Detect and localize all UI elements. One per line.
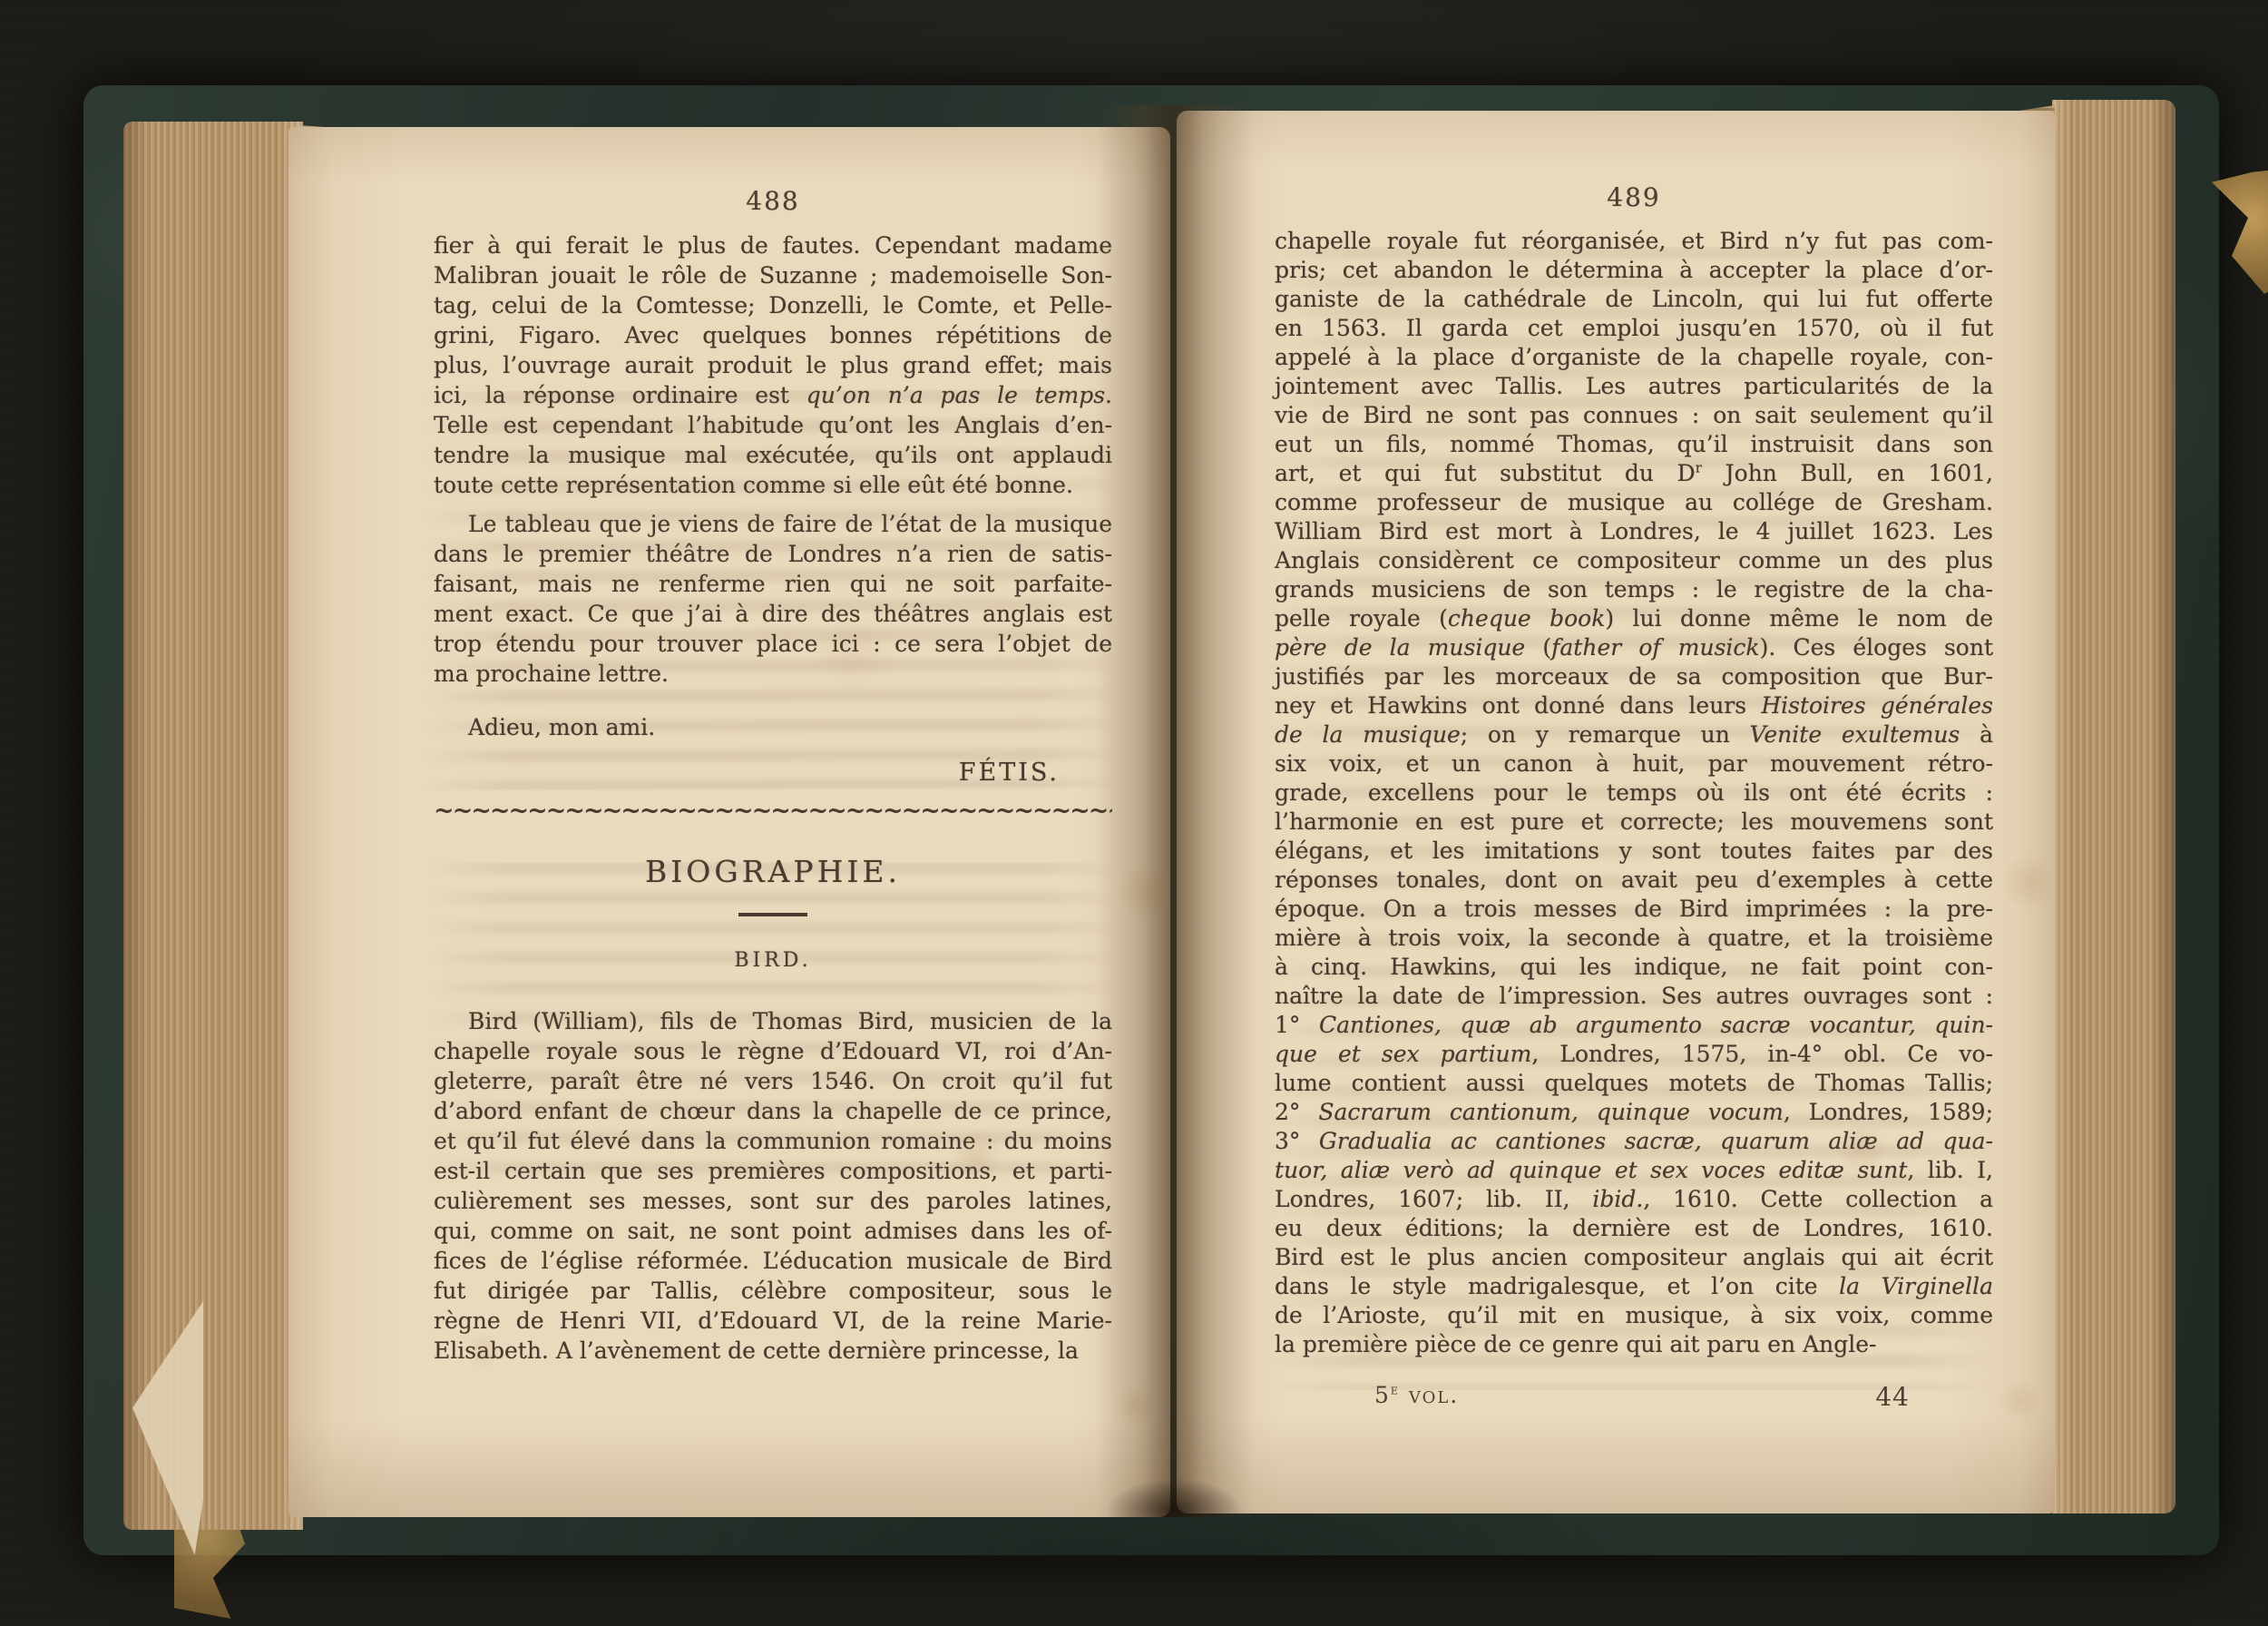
footer-volume: 5e vol. — [1374, 1382, 1459, 1412]
text-line: comme professeur de musique au collége d… — [1275, 488, 1993, 517]
text-line: naître la date de l’impression. Ses autr… — [1275, 982, 1993, 1011]
right-text-column: 489 chapelle royale fut réorganisée, et … — [1275, 183, 1993, 1359]
page-edges-right — [2052, 100, 2175, 1513]
text-line: règne de Henri VII, d’Edouard VI, de la … — [434, 1306, 1112, 1336]
text-line: mière à trois voix, la seconde à quatre,… — [1275, 924, 1993, 953]
page-number-left: 488 — [434, 187, 1112, 216]
left-text-column: 488 fier à qui ferait le plus de fautes.… — [434, 187, 1112, 1366]
text-line: pris; cet abandon le détermina à accepte… — [1275, 256, 1993, 285]
text-line: grands musiciens de son temps : le regis… — [1275, 575, 1993, 604]
text-line: élégans, et les imitations y sont toutes… — [1275, 837, 1993, 866]
section-heading: BIOGRAPHIE. — [434, 854, 1112, 889]
text-line: Bird est le plus ancien compositeur angl… — [1275, 1243, 1993, 1272]
heading-rule — [738, 913, 807, 916]
text-line: l’harmonie en est pure et correcte; les … — [1275, 808, 1993, 837]
text-line: Telle est cependant l’habitude qu’ont le… — [434, 410, 1112, 440]
text-line: jointement avec Tallis. Les autres parti… — [1275, 372, 1993, 401]
text-line: réponses tonales, dont on avait peu d’ex… — [1275, 866, 1993, 895]
text-line: dans le premier théâtre de Londres n’a r… — [434, 539, 1112, 569]
letter-signature: FÉTIS. — [434, 759, 1112, 787]
text-line: tag, celui de la Comtesse; Donzelli, le … — [434, 290, 1112, 320]
text-line: Le tableau que je viens de faire de l’ét… — [434, 509, 1112, 539]
text-line: trop étendu pour trouver place ici : ce … — [434, 629, 1112, 659]
text-line: époque. On a trois messes de Bird imprim… — [1275, 895, 1993, 924]
text-line: plus, l’ouvrage aurait produit le plus g… — [434, 350, 1112, 380]
paragraph: fier à qui ferait le plus de fautes. Cep… — [434, 230, 1112, 500]
footer-signature-number: 44 — [1875, 1382, 1910, 1412]
text-line: fut dirigée par Tallis, célèbre composit… — [434, 1276, 1112, 1306]
text-line: de l’Arioste, qu’il mit en musique, à si… — [1275, 1301, 1993, 1330]
text-line: à cinq. Hawkins, qui les indique, ne fai… — [1275, 953, 1993, 982]
text-line: chapelle royale fut réorganisée, et Bird… — [1275, 227, 1993, 256]
text-line: tendre la musique mal exécutée, qu’ils o… — [434, 440, 1112, 470]
text-line: appelé à la place d’organiste de la chap… — [1275, 343, 1993, 372]
text-line: 3° Gradualia ac cantiones sacræ, quarum … — [1275, 1127, 1993, 1156]
text-line: six voix, et un canon à huit, par mouvem… — [1275, 749, 1993, 779]
text-line: eu deux éditions; la dernière est de Lon… — [1275, 1214, 1993, 1243]
wavy-section-divider: ~~~~~~~~~~~~~~~~~~~~~~~~~~~~~~~~~~~~~~~~… — [434, 799, 1112, 827]
text-line: vie de Bird ne sont pas connues : on sai… — [1275, 401, 1993, 430]
text-line: Londres, 1607; lib. II, ibid., 1610. Cet… — [1275, 1185, 1993, 1214]
text-line: grini, Figaro. Avec quelques bonnes répé… — [434, 320, 1112, 350]
text-line: Bird (William), fils de Thomas Bird, mus… — [434, 1006, 1112, 1036]
text-line: et qu’il fut élevé dans la communion rom… — [434, 1126, 1112, 1156]
text-line: dans le style madrigalesque, et l’on cit… — [1275, 1272, 1993, 1301]
text-line: lume contient aussi quelques motets de T… — [1275, 1069, 1993, 1098]
text-line: Adieu, mon ami. — [434, 712, 1112, 742]
text-line: d’abord enfant de chœur dans la chapelle… — [434, 1096, 1112, 1126]
text-line: que et sex partium, Londres, 1575, in-4°… — [1275, 1040, 1993, 1069]
text-line: père de la musique (father of musick). C… — [1275, 633, 1993, 662]
text-line: fier à qui ferait le plus de fautes. Cep… — [434, 230, 1112, 260]
text-line: de la musique; on y remarque un Venite e… — [1275, 720, 1993, 749]
worn-corner-top-right — [2212, 167, 2268, 294]
page-edge-highlight — [132, 1301, 203, 1555]
text-line: la première pièce de ce genre qui ait pa… — [1275, 1330, 1993, 1359]
text-line: chapelle royale sous le règne d’Edouard … — [434, 1036, 1112, 1066]
page-number-right: 489 — [1275, 183, 1993, 212]
page-footer: 5e vol. 44 — [1275, 1382, 1991, 1412]
text-line: ment exact. Ce que j’ai à dire des théât… — [434, 599, 1112, 629]
text-line: faisant, mais ne renferme rien qui ne so… — [434, 569, 1112, 599]
page-edges-left — [123, 122, 303, 1530]
text-line: en 1563. Il garda cet emploi jusqu’en 15… — [1275, 314, 1993, 343]
text-line: William Bird est mort à Londres, le 4 ju… — [1275, 517, 1993, 546]
text-line: qui, comme on sait, ne sont point admise… — [434, 1216, 1112, 1246]
text-line: pelle royale (cheque book) lui donne mêm… — [1275, 604, 1993, 633]
text-line: est-il certain que ses premières composi… — [434, 1156, 1112, 1186]
text-line: eut un fils, nommé Thomas, qu’il instrui… — [1275, 430, 1993, 459]
entry-heading: BIRD. — [434, 949, 1112, 972]
text-line: Anglais considèrent ce compositeur comme… — [1275, 546, 1993, 575]
paragraph: chapelle royale fut réorganisée, et Bird… — [1275, 227, 1993, 1359]
text-line: ney et Hawkins ont donné dans leurs Hist… — [1275, 691, 1993, 720]
text-line: toute cette représentation comme si elle… — [434, 470, 1112, 500]
text-line: grade, excellens pour le temps où ils on… — [1275, 779, 1993, 808]
text-line: 2° Sacrarum cantionum, quinque vocum, Lo… — [1275, 1098, 1993, 1127]
text-line: ici, la réponse ordinaire est qu’on n’a … — [434, 380, 1112, 410]
text-line: 1° Cantiones, quæ ab argumento sacræ voc… — [1275, 1011, 1993, 1040]
photo-backdrop: 488 fier à qui ferait le plus de fautes.… — [0, 0, 2268, 1626]
text-line: Malibran jouait le rôle de Suzanne ; mad… — [434, 260, 1112, 290]
text-line: tuor, aliæ verò ad quinque et sex voces … — [1275, 1156, 1993, 1185]
page-488: 488 fier à qui ferait le plus de fautes.… — [288, 127, 1170, 1517]
left-page-body: fier à qui ferait le plus de fautes. Cep… — [434, 230, 1112, 1366]
text-line: ganiste de la cathédrale de Lincoln, qui… — [1275, 285, 1993, 314]
text-line: art, et qui fut substitut du Dr John Bul… — [1275, 459, 1993, 488]
text-line: fices de l’église réformée. L’éducation … — [434, 1246, 1112, 1276]
paragraph: Le tableau que je viens de faire de l’ét… — [434, 509, 1112, 689]
text-line: justifiés par les morceaux de sa composi… — [1275, 662, 1993, 691]
paragraph: Adieu, mon ami. — [434, 712, 1112, 742]
paragraph: Bird (William), fils de Thomas Bird, mus… — [434, 1006, 1112, 1366]
text-line: culièrement ses messes, sont sur des par… — [434, 1186, 1112, 1216]
text-line: ma prochaine lettre. — [434, 659, 1112, 689]
page-489: 489 chapelle royale fut réorganisée, et … — [1177, 111, 2055, 1513]
text-line: gleterre, paraît être né vers 1546. On c… — [434, 1066, 1112, 1096]
right-page-body: chapelle royale fut réorganisée, et Bird… — [1275, 227, 1993, 1359]
text-line: Elisabeth. A l’avènement de cette derniè… — [434, 1336, 1112, 1366]
